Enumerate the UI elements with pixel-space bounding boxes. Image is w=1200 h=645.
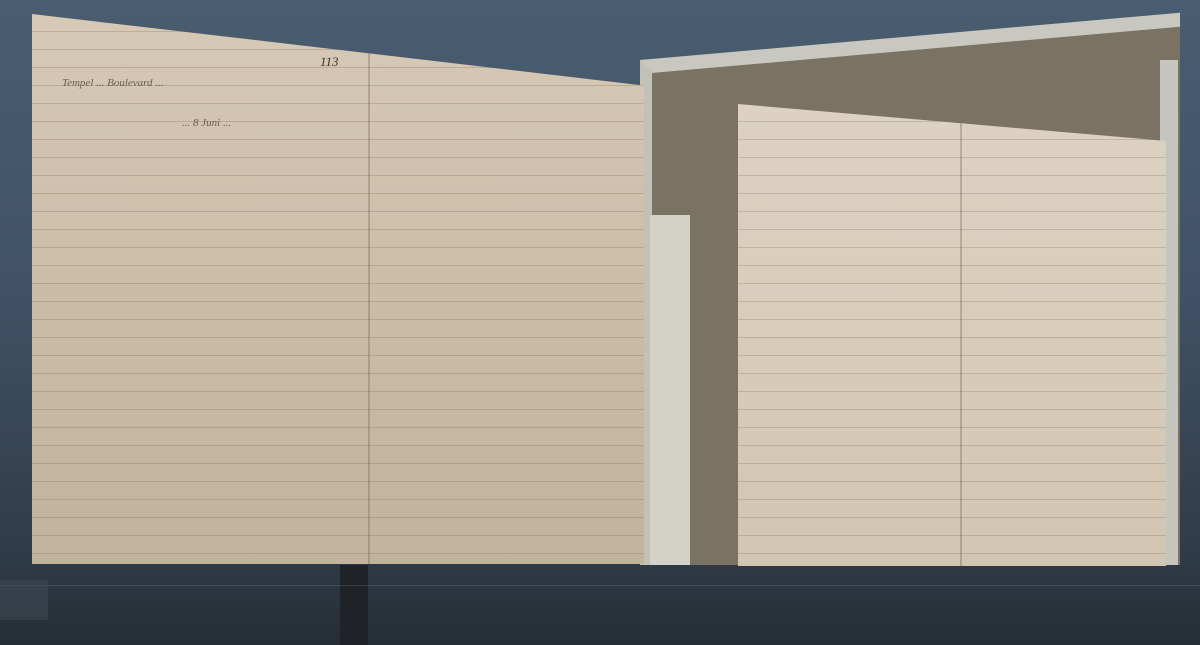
display-support (340, 565, 368, 645)
exhibit-placard (0, 580, 48, 620)
page-fold (960, 104, 962, 566)
glass-reflection (0, 585, 1200, 586)
handwritten-letter-left: 113 Tempel ... Boulevard ... ... 8 Juni … (32, 14, 644, 564)
page-fold (368, 14, 370, 564)
display-case-base (0, 565, 1200, 645)
letter-date: ... 8 Juni ... (182, 114, 342, 132)
handwritten-letter-right (738, 104, 1166, 566)
letter-header: Tempel ... Boulevard ... (62, 74, 342, 92)
page-number: 113 (320, 54, 339, 70)
